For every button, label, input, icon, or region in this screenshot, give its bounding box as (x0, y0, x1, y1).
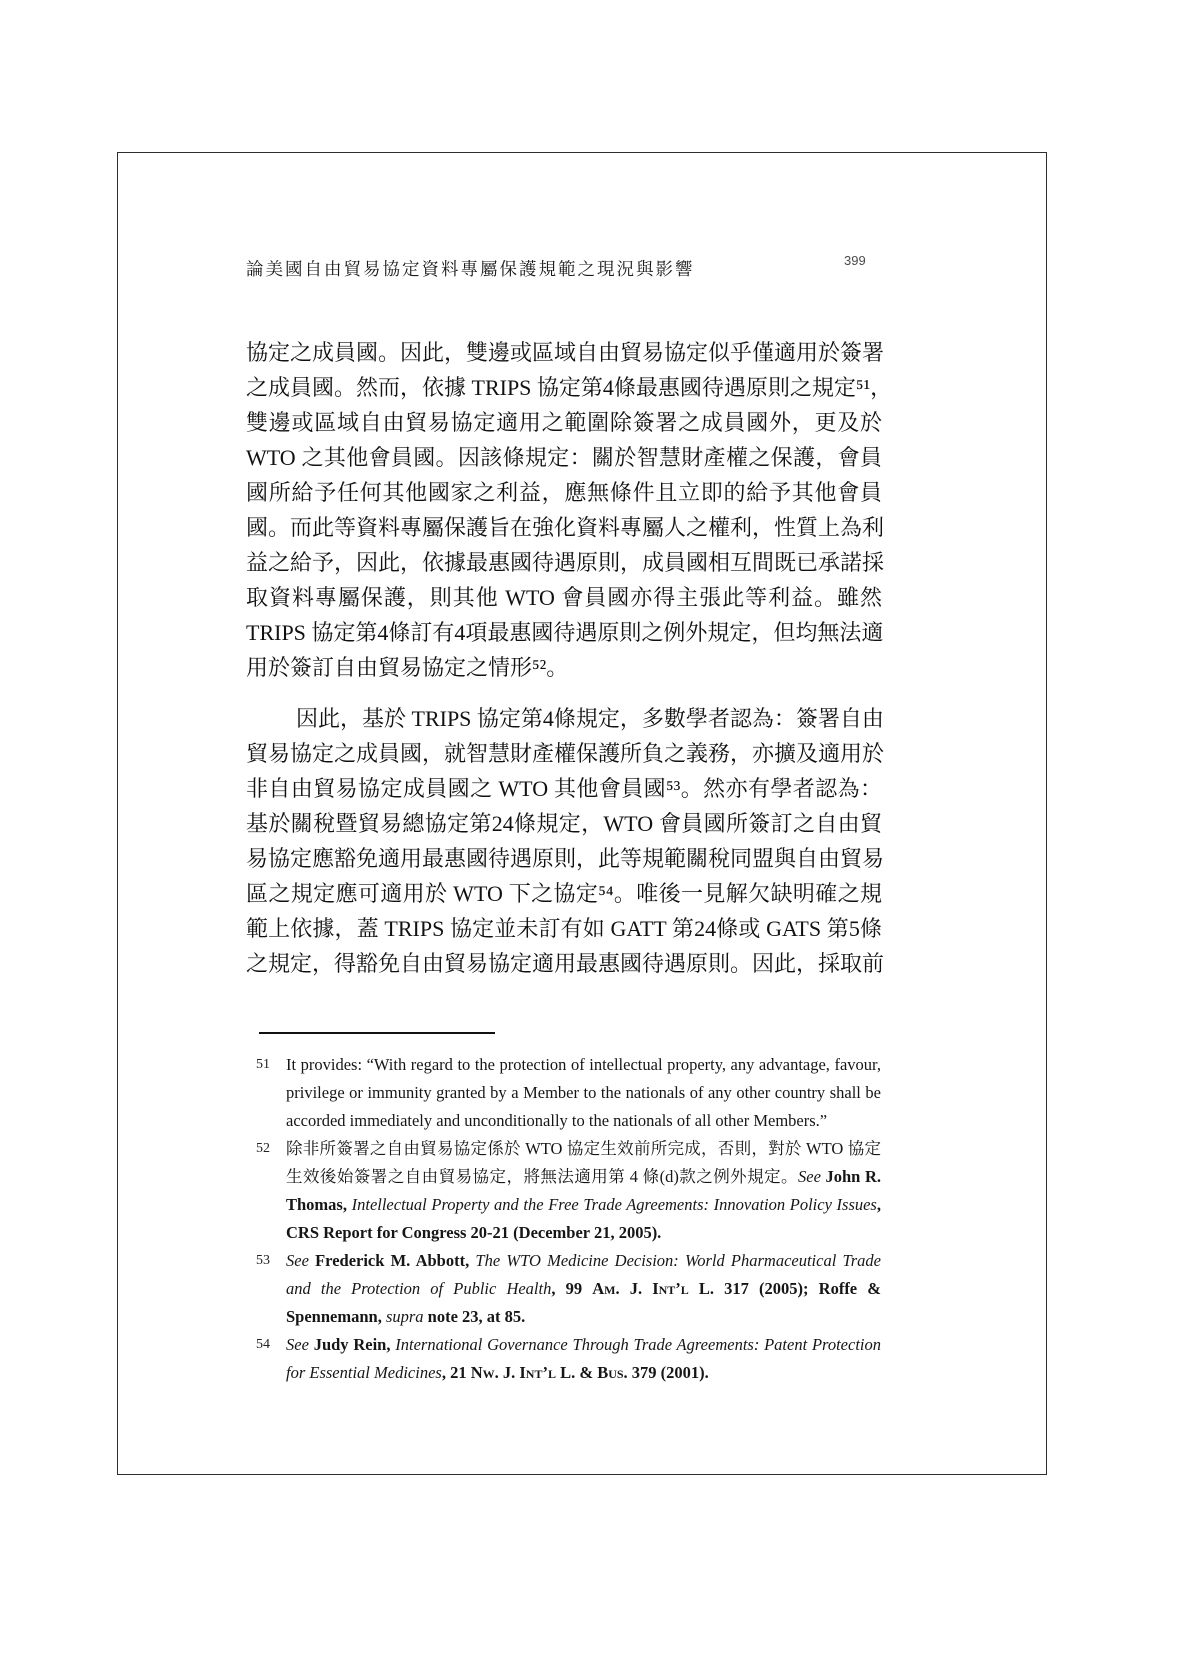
footnote-segment: Am. J. Int’l L. (592, 1279, 714, 1298)
body-line: 取資料專屬保護，則其他 WTO 會員國亦得主張此等利益。雖然 (246, 580, 882, 615)
footnote-number: 51 (256, 1051, 286, 1079)
footnote-text: It provides: “With regard to the protect… (286, 1051, 881, 1135)
body-line: 區之規定應可適用於 WTO 下之協定⁵⁴。唯後一見解欠缺明確之規 (246, 876, 882, 911)
body-line: 協定之成員國。因此，雙邊或區域自由貿易協定似乎僅適用於簽署 (246, 335, 882, 370)
page-frame: 論美國自由貿易協定資料專屬保護規範之現況與影響 399 協定之成員國。因此，雙邊… (117, 152, 1047, 1475)
page-number: 399 (844, 253, 866, 268)
body-line: 國。而此等資料專屬保護旨在強化資料專屬人之權利，性質上為利 (246, 510, 882, 545)
footnotes-section: 51 It provides: “With regard to the prot… (256, 1051, 881, 1387)
footnote-segment: note 23, at 85. (424, 1307, 526, 1326)
paragraph: 協定之成員國。因此，雙邊或區域自由貿易協定似乎僅適用於簽署 之成員國。然而，依據… (246, 335, 882, 685)
footnote-51: 51 It provides: “With regard to the prot… (256, 1051, 881, 1135)
footnote-separator-rule (259, 1032, 495, 1034)
body-line: 非自由貿易協定成員國之 WTO 其他會員國⁵³。然亦有學者認為： (246, 771, 882, 806)
footnote-segment: supra (386, 1307, 424, 1326)
footnote-segment: , 99 (551, 1279, 592, 1298)
body-line: 雙邊或區域自由貿易協定適用之範圍除簽署之成員國外，更及於 (246, 405, 882, 440)
body-line: 基於關稅暨貿易總協定第24條規定，WTO 會員國所簽訂之自由貿 (246, 806, 882, 841)
document-canvas: 論美國自由貿易協定資料專屬保護規範之現況與影響 399 協定之成員國。因此，雙邊… (0, 0, 1177, 1664)
body-line: 之成員國。然而，依據 TRIPS 協定第4條最惠國待遇原則之規定⁵¹， (246, 370, 882, 405)
footnote-segment: Frederick M. Abbott, (309, 1251, 476, 1270)
body-line: TRIPS 協定第4條訂有4項最惠國待遇原則之例外規定，但均無法適 (246, 615, 882, 650)
footnote-number: 54 (256, 1331, 286, 1359)
footnote-segment: See (286, 1251, 309, 1270)
footnote-segment: 除非所簽署之自由貿易協定係於 WTO 協定生效前所完成，否則，對於 WTO 協定… (286, 1139, 881, 1186)
footnote-52: 52 除非所簽署之自由貿易協定係於 WTO 協定生效前所完成，否則，對於 WTO… (256, 1135, 881, 1247)
footnote-segment: See (286, 1335, 309, 1354)
footnote-segment: See (798, 1167, 821, 1186)
body-line: 益之給予，因此，依據最惠國待遇原則，成員國相互間既已承諾採 (246, 545, 882, 580)
footnote-54: 54 See Judy Rein, International Governan… (256, 1331, 881, 1387)
paragraph: 因此，基於 TRIPS 協定第4條規定，多數學者認為：簽署自由 貿易協定之成員國… (246, 701, 882, 981)
footnote-segment: 379 (2001). (628, 1363, 709, 1382)
body-line: 用於簽訂自由貿易協定之情形⁵²。 (246, 650, 882, 685)
body-line: 貿易協定之成員國，就智慧財產權保護所負之義務，亦擴及適用於 (246, 736, 882, 771)
footnote-text: 除非所簽署之自由貿易協定係於 WTO 協定生效前所完成，否則，對於 WTO 協定… (286, 1135, 881, 1247)
body-line: WTO 之其他會員國。因該條規定：關於智慧財產權之保護，會員 (246, 440, 882, 475)
footnote-number: 53 (256, 1247, 286, 1275)
body-line: 因此，基於 TRIPS 協定第4條規定，多數學者認為：簽署自由 (246, 701, 882, 736)
body-line: 範上依據，蓋 TRIPS 協定並未訂有如 GATT 第24條或 GATS 第5條 (246, 911, 882, 946)
body-line: 易協定應豁免適用最惠國待遇原則，此等規範關稅同盟與自由貿易 (246, 841, 882, 876)
body-line: 之規定，得豁免自由貿易協定適用最惠國待遇原則。因此，採取前 (246, 946, 882, 981)
main-text: 協定之成員國。因此，雙邊或區域自由貿易協定似乎僅適用於簽署 之成員國。然而，依據… (246, 335, 882, 981)
footnote-53: 53 See Frederick M. Abbott, The WTO Medi… (256, 1247, 881, 1331)
footnote-segment: Intellectual Property and the Free Trade… (352, 1195, 877, 1214)
footnote-text: See Judy Rein, International Governance … (286, 1331, 881, 1387)
footnote-segment: , 21 (442, 1363, 471, 1382)
footnote-segment: Nw. J. Int’l L. & Bus. (471, 1363, 628, 1382)
footnote-text: See Frederick M. Abbott, The WTO Medicin… (286, 1247, 881, 1331)
footnote-number: 52 (256, 1135, 286, 1163)
footnote-segment: Judy Rein, (309, 1335, 395, 1354)
footnote-segment: It provides: “With regard to the protect… (286, 1055, 881, 1130)
running-header-title: 論美國自由貿易協定資料專屬保護規範之現況與影響 (246, 256, 695, 281)
body-line: 國所給予任何其他國家之利益，應無條件且立即的給予其他會員 (246, 475, 882, 510)
